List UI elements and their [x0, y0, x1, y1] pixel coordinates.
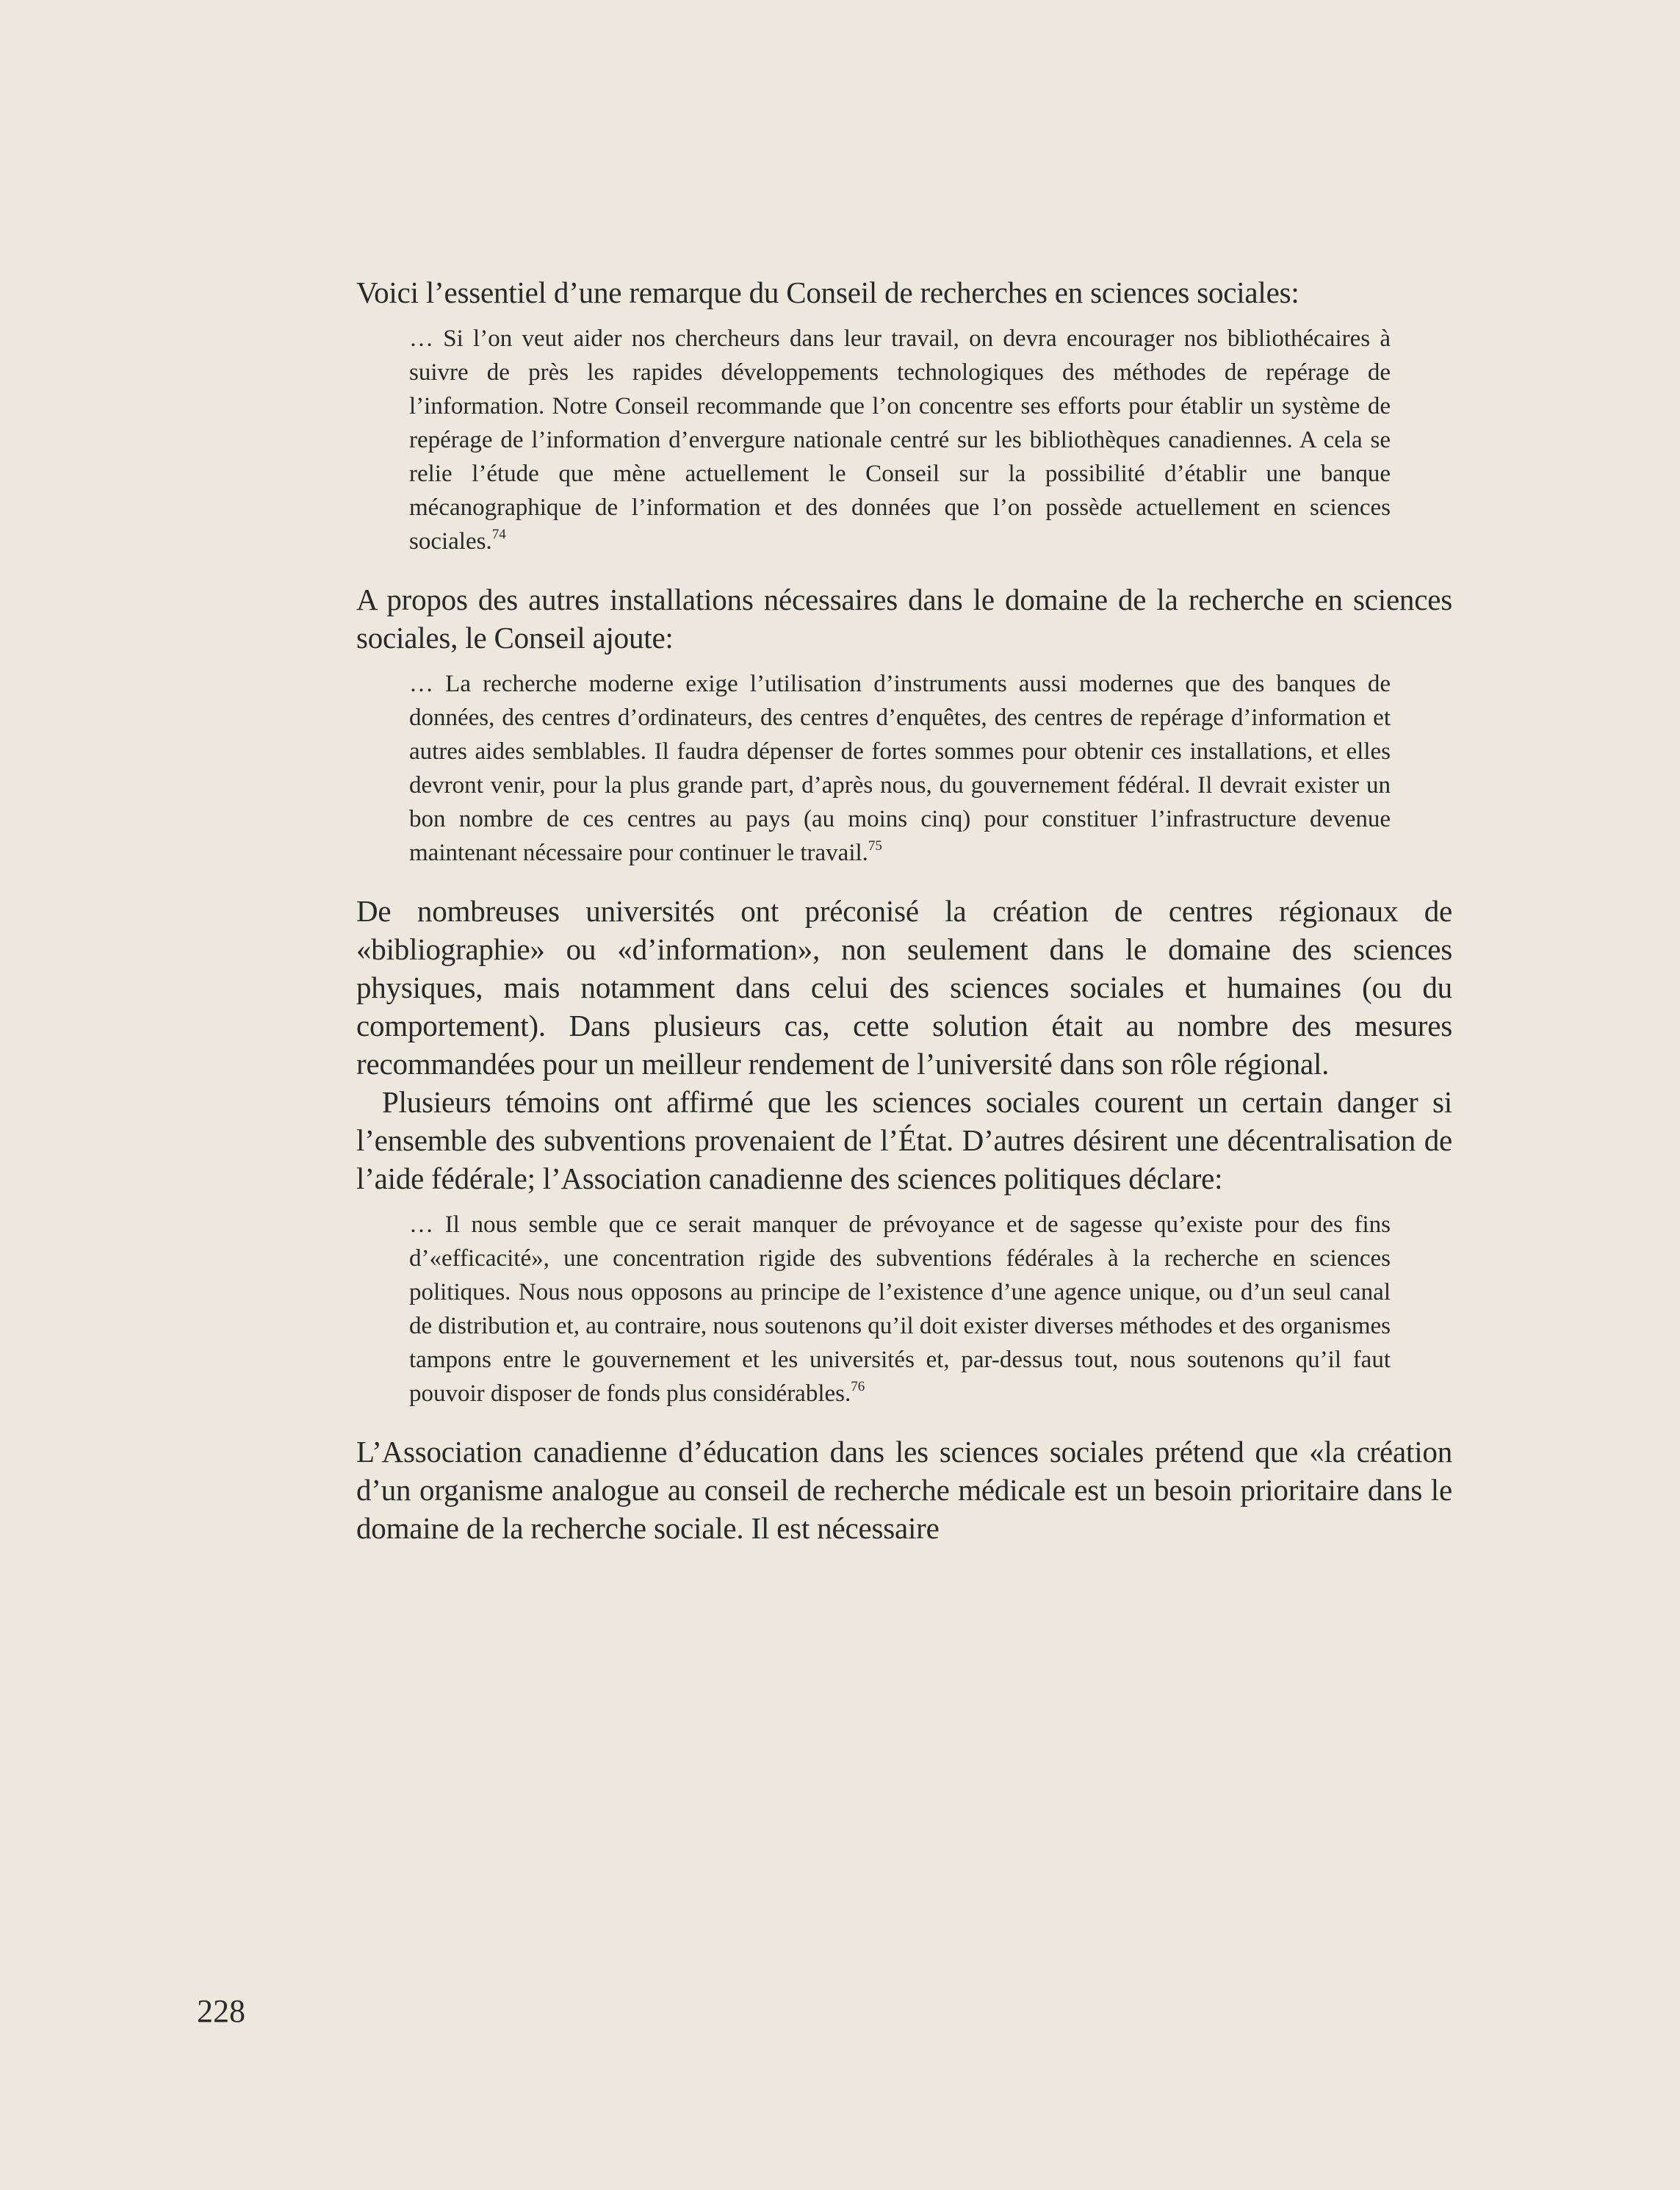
intro-paragraph-2: A propos des autres installations nécess… [356, 580, 1452, 657]
spacer [356, 311, 1452, 322]
intro-paragraph-1: Voici l’essentiel d’une remarque du Cons… [356, 273, 1452, 311]
spacer [356, 1197, 1452, 1208]
page-body: Voici l’essentiel d’une remarque du Cons… [356, 273, 1452, 1547]
spacer [356, 657, 1452, 667]
body-paragraph-universities: De nombreuses universités ont préconisé … [356, 892, 1452, 1083]
spacer [356, 558, 1452, 580]
footnote-ref[interactable]: 76 [851, 1379, 865, 1394]
body-paragraph-witnesses: Plusieurs témoins ont affirmé que les sc… [356, 1083, 1452, 1197]
footnote-ref[interactable]: 74 [492, 527, 506, 542]
body-paragraph-association: L’Association canadienne d’éducation dan… [356, 1433, 1452, 1547]
page-number: 228 [197, 1992, 245, 2030]
block-quote-2: … La recherche moderne exige l’utilisati… [409, 667, 1391, 870]
block-quote-1: … Si l’on veut aider nos chercheurs dans… [409, 322, 1391, 558]
block-quote-3: … Il nous semble que ce serait manquer d… [409, 1208, 1391, 1411]
quote-text: … Si l’on veut aider nos chercheurs dans… [409, 325, 1391, 555]
spacer [356, 1411, 1452, 1433]
spacer [356, 870, 1452, 892]
footnote-ref[interactable]: 75 [868, 838, 882, 854]
quote-text: … La recherche moderne exige l’utilisati… [409, 671, 1391, 866]
quote-text: … Il nous semble que ce serait manquer d… [409, 1211, 1391, 1407]
